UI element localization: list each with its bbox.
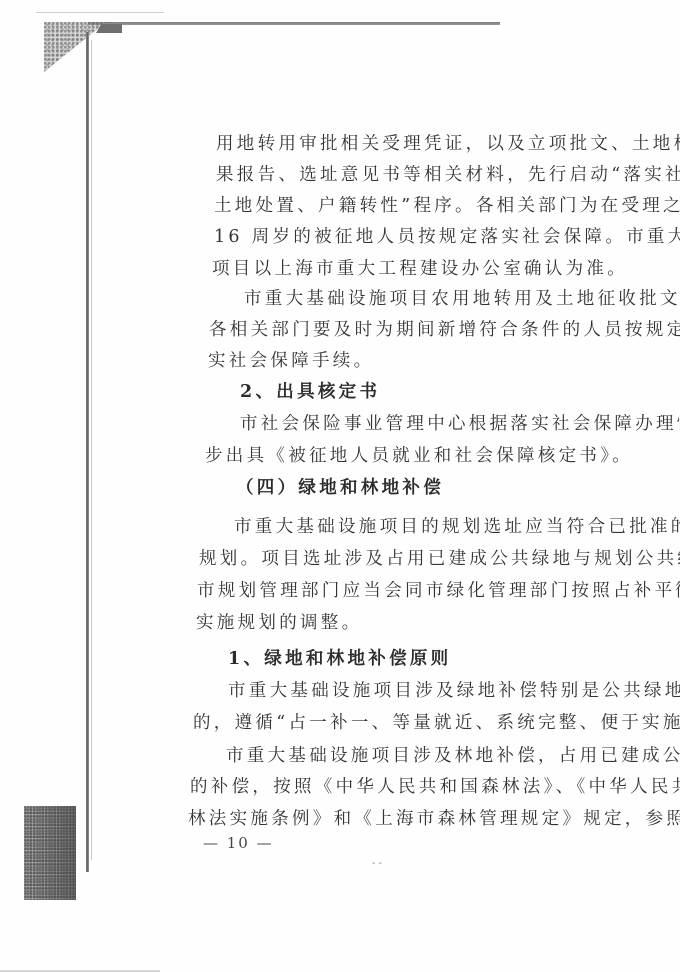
- scan-artifact-top-faint-line: [36, 12, 164, 13]
- scan-artifact-left-border: [86, 32, 89, 872]
- paragraph-line: 土地处置、户籍转性”程序。各相关部门为在受理之日已年满: [214, 195, 680, 217]
- paragraph-line: 实施规划的调整。: [196, 612, 362, 634]
- scan-artifact-corner-shadow: [44, 22, 106, 72]
- paragraph-line: 果报告、选址意见书等相关材料，先行启动“落实社会保障、: [216, 164, 680, 186]
- page-number: — 10 —: [203, 834, 274, 852]
- paragraph-line: 用地转用审批相关受理凭证，以及立项批文、土地权属调查成: [216, 133, 680, 155]
- scan-artifact-left-faint-line: [91, 40, 92, 860]
- paragraph-line: 的，遵循“占一补一、等量就近、系统完整、便于实施”原则。: [193, 712, 680, 734]
- paragraph-line: 16 周岁的被征地人员按规定落实社会保障。市重大基础设施: [214, 226, 680, 248]
- paragraph-line: 市重大基础设施项目的规划选址应当符合已批准的相关: [234, 516, 680, 538]
- scan-artifact-bottom-shadow: [24, 806, 76, 900]
- paragraph-line: 市重大基础设施项目农用地转用及土地征收批文下达后，: [244, 288, 680, 310]
- scan-artifact-top-border: [88, 22, 500, 25]
- paragraph-line: 市规划管理部门应当会同市绿化管理部门按照占补平衡原则: [197, 580, 680, 602]
- scan-artifact-stray-mark: - -: [372, 858, 382, 869]
- section-heading-greenland-forest: （四）绿地和林地补偿: [236, 477, 444, 499]
- paragraph-line: 的补偿，按照《中华人民共和国森林法》、《中华人民共和国森: [190, 776, 680, 798]
- paragraph-line: 实社会保障手续。: [208, 350, 374, 372]
- paragraph-line: 步出具《被征地人员就业和社会保障核定书》。: [205, 445, 633, 467]
- paragraph-line: 规划。项目选址涉及占用已建成公共绿地与规划公共绿地的，: [199, 548, 680, 570]
- paragraph-line: 项目以上海市重大工程建设办公室确认为准。: [212, 258, 628, 280]
- paragraph-line: 市重大基础设施项目涉及绿地补偿特别是公共绿地补偿: [228, 680, 680, 702]
- section-heading-issue-certificate: 2、出具核定书: [240, 381, 380, 403]
- paragraph-line: 市重大基础设施项目涉及林地补偿，占用已建成公益林地: [226, 745, 680, 767]
- paragraph-line: 各相关部门要及时为期间新增符合条件的人员按规定办理落: [209, 319, 680, 341]
- section-heading-compensation-principle: 1、绿地和林地补偿原则: [228, 648, 451, 670]
- paragraph-line: 林法实施条例》和《上海市森林管理规定》规定，参照本细则: [188, 808, 680, 830]
- paragraph-line: 市社会保险事业管理中心根据落实社会保障办理情况同: [240, 413, 680, 435]
